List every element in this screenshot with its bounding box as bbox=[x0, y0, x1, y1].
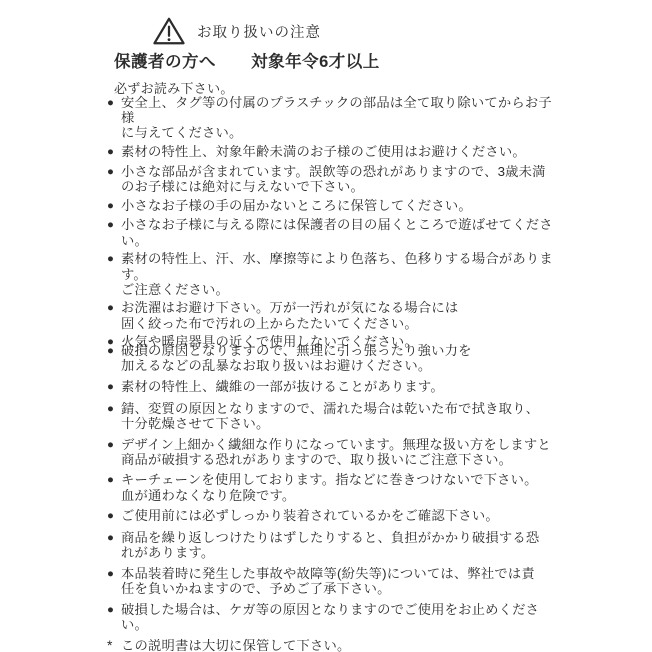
item-text: 小さなお子様に与える際には保護者の目の届くところで遊ばせてください。 bbox=[121, 217, 559, 247]
bullet-marker: ● bbox=[107, 300, 121, 330]
bullet-marker: ● bbox=[107, 566, 121, 596]
item-text: 本品装着時に発生した事故や故障等(紛失等)については、弊社では責 任を負いかねま… bbox=[121, 566, 535, 596]
list-item: ●デザイン上細かく繊細な作りになっています。無理な扱い方をしますと 商品が破損す… bbox=[107, 437, 563, 467]
item-text: お洗濯はお避け下さい。万が一汚れが気になる場合には 固く絞った布で汚れの上からた… bbox=[121, 300, 458, 330]
list-item: ●錆、変質の原因となりますので、濡れた場合は乾いた布で拭き取り、 十分乾燥させて… bbox=[107, 401, 563, 431]
bullet-marker: ● bbox=[107, 472, 121, 502]
bullet-marker: ● bbox=[107, 530, 121, 560]
bullet-marker: ● bbox=[107, 401, 121, 431]
safety-cautions-list: ●安全上、タグ等の付属のプラスチックの部品は全て取り除いてからお子様 に与えてく… bbox=[107, 95, 559, 354]
age-label: 対象年令6才以上 bbox=[251, 53, 380, 71]
list-item: ●素材の特性上、繊維の一部が抜けることがあります。 bbox=[107, 379, 563, 395]
title-row: お取り扱いの注意 bbox=[152, 16, 321, 46]
list-item: ●ご使用前には必ずしっかり装着されているかをご確認下さい。 bbox=[107, 508, 563, 524]
list-item: ●お洗濯はお避け下さい。万が一汚れが気になる場合には 固く絞った布で汚れの上から… bbox=[107, 300, 559, 330]
warning-triangle-icon bbox=[152, 16, 186, 46]
bullet-marker: ● bbox=[107, 379, 121, 395]
bullet-marker: ● bbox=[107, 251, 121, 297]
bullet-marker: ● bbox=[107, 437, 121, 467]
audience-label: 保護者の方へ bbox=[114, 53, 216, 71]
list-item: ●キーチェーンを使用しております。指などに巻きつけないで下さい。 血が通わなくな… bbox=[107, 472, 563, 502]
item-text: 破損した場合は、ケガ等の原因となりますのでご使用をお止めください。 bbox=[121, 602, 563, 632]
bullet-marker: ● bbox=[107, 508, 121, 524]
item-text: 錆、変質の原因となりますので、濡れた場合は乾いた布で拭き取り、 十分乾燥させて下… bbox=[121, 401, 539, 431]
bullet-marker: ● bbox=[107, 198, 121, 214]
list-item: ●小さなお子様に与える際には保護者の目の届くところで遊ばせてください。 bbox=[107, 217, 559, 247]
item-text: ご使用前には必ずしっかり装着されているかをご確認下さい。 bbox=[121, 508, 499, 524]
bullet-marker: ● bbox=[107, 217, 121, 247]
list-item: ●素材の特性上、対象年齢未満のお子様のご使用はお避けください。 bbox=[107, 144, 559, 160]
item-text: 破損の原因となりますので、無理に引っ張ったり強い力を 加えるなどの乱暴なお取り扱… bbox=[121, 343, 472, 373]
item-text: デザイン上細かく繊細な作りになっています。無理な扱い方をしますと 商品が破損する… bbox=[121, 437, 551, 467]
footnote: * この説明書は大切に保管して下さい。 bbox=[107, 638, 563, 652]
handling-section: ●破損の原因となりますので、無理に引っ張ったり強い力を 加えるなどの乱暴なお取り… bbox=[107, 343, 563, 652]
bullet-marker: ● bbox=[107, 144, 121, 160]
list-item: ●安全上、タグ等の付属のプラスチックの部品は全て取り除いてからお子様 に与えてく… bbox=[107, 95, 559, 141]
handling-cautions-list: ●破損の原因となりますので、無理に引っ張ったり強い力を 加えるなどの乱暴なお取り… bbox=[107, 343, 563, 632]
bullet-marker: ● bbox=[107, 164, 121, 194]
list-item: ●破損の原因となりますので、無理に引っ張ったり強い力を 加えるなどの乱暴なお取り… bbox=[107, 343, 563, 373]
footnote-marker: * bbox=[107, 638, 121, 652]
list-item: ●破損した場合は、ケガ等の原因となりますのでご使用をお止めください。 bbox=[107, 602, 563, 632]
list-item: ●小さなお子様の手の届かないところに保管してください。 bbox=[107, 198, 559, 214]
care-instruction-sheet: お取り扱いの注意 保護者の方へ 対象年令6才以上 必ずお読み下さい。 ●安全上、… bbox=[0, 0, 652, 652]
audience-row: 保護者の方へ 対象年令6才以上 bbox=[114, 48, 380, 72]
list-item: ●本品装着時に発生した事故や故障等(紛失等)については、弊社では責 任を負いかね… bbox=[107, 566, 563, 596]
list-item: ●商品を繰り返しつけたりはずしたりすると、負担がかかり破損する恐 れがあります。 bbox=[107, 530, 563, 560]
footnote-text: この説明書は大切に保管して下さい。 bbox=[121, 638, 350, 652]
list-item: ●小さな部品が含まれています。誤飲等の恐れがありますので、3歳未満 のお子様には… bbox=[107, 164, 559, 194]
page-title: お取り扱いの注意 bbox=[197, 21, 321, 42]
item-text: 商品を繰り返しつけたりはずしたりすると、負担がかかり破損する恐 れがあります。 bbox=[121, 530, 539, 560]
item-text: 素材の特性上、対象年齢未満のお子様のご使用はお避けください。 bbox=[121, 144, 526, 160]
item-text: キーチェーンを使用しております。指などに巻きつけないで下さい。 血が通わなくなり… bbox=[121, 472, 538, 502]
item-text: 安全上、タグ等の付属のプラスチックの部品は全て取り除いてからお子様 に与えてくだ… bbox=[121, 95, 559, 141]
item-text: 小さなお子様の手の届かないところに保管してください。 bbox=[121, 198, 472, 214]
item-text: 小さな部品が含まれています。誤飲等の恐れがありますので、3歳未満 のお子様には絶… bbox=[121, 164, 546, 194]
bullet-marker: ● bbox=[107, 95, 121, 141]
list-item: ●素材の特性上、汗、水、摩擦等により色落ち、色移りする場合があります。 ご注意く… bbox=[107, 251, 559, 297]
item-text: 素材の特性上、汗、水、摩擦等により色落ち、色移りする場合があります。 ご注意くだ… bbox=[121, 251, 559, 297]
item-text: 素材の特性上、繊維の一部が抜けることがあります。 bbox=[121, 379, 444, 395]
bullet-marker: ● bbox=[107, 602, 121, 632]
bullet-marker: ● bbox=[107, 343, 121, 373]
